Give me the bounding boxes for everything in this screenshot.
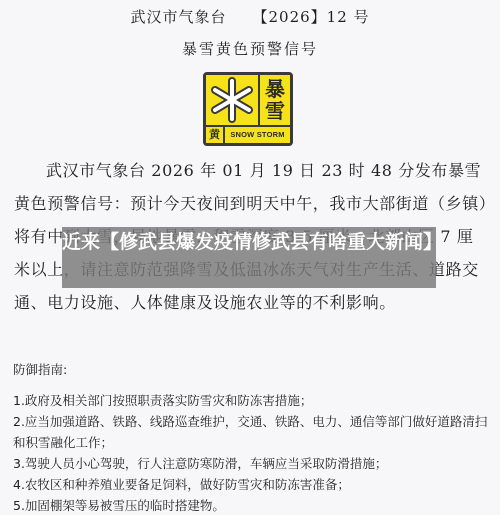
caption-overlay-text[interactable]: 近来【修武县爆发疫情修武县有啥重大新闻】	[62, 229, 436, 256]
snow-storm-warning-icon: 暴 雪 黄 SNOW STORM	[203, 72, 293, 146]
document-header: 武汉市气象台【2026】12 号	[0, 6, 500, 27]
guideline-item: 1.政府及相关部门按照职责落实防雪灾和防冻害措施；	[13, 390, 493, 411]
signal-title: 暴雪黄色预警信号	[0, 38, 500, 59]
guideline-item: 4.农牧区和种养殖业要备足饲料，做好防雪灾和防冻害准备；	[13, 474, 493, 495]
cn-label-line2: 雪	[260, 100, 290, 122]
guideline-item: 2.应当加强道路、铁路、线路巡查维护，交通、铁路、电力、通信等部门做好道路清扫和…	[13, 411, 493, 453]
cn-label-line1: 暴	[260, 78, 290, 100]
defense-guidelines: 防御指南: 1.政府及相关部门按照职责落实防雪灾和防冻害措施； 2.应当加强道路…	[13, 360, 493, 515]
guidelines-heading: 防御指南:	[13, 360, 493, 378]
document-number: 【2026】12 号	[252, 8, 369, 26]
issuer-name: 武汉市气象台	[130, 8, 226, 26]
cn-label-cell: 暴 雪	[260, 75, 290, 125]
snowflake-cell	[206, 75, 258, 125]
guideline-item: 5.加固棚架等易被雪压的临时搭建物。	[13, 495, 493, 515]
snowflake-icon	[206, 75, 258, 125]
en-label: SNOW STORM	[225, 127, 290, 143]
level-label: 黄	[206, 127, 223, 143]
guideline-item: 3.驾驶人员小心驾驶，行人注意防寒防滑，车辆应当采取防滑措施；	[13, 453, 493, 474]
